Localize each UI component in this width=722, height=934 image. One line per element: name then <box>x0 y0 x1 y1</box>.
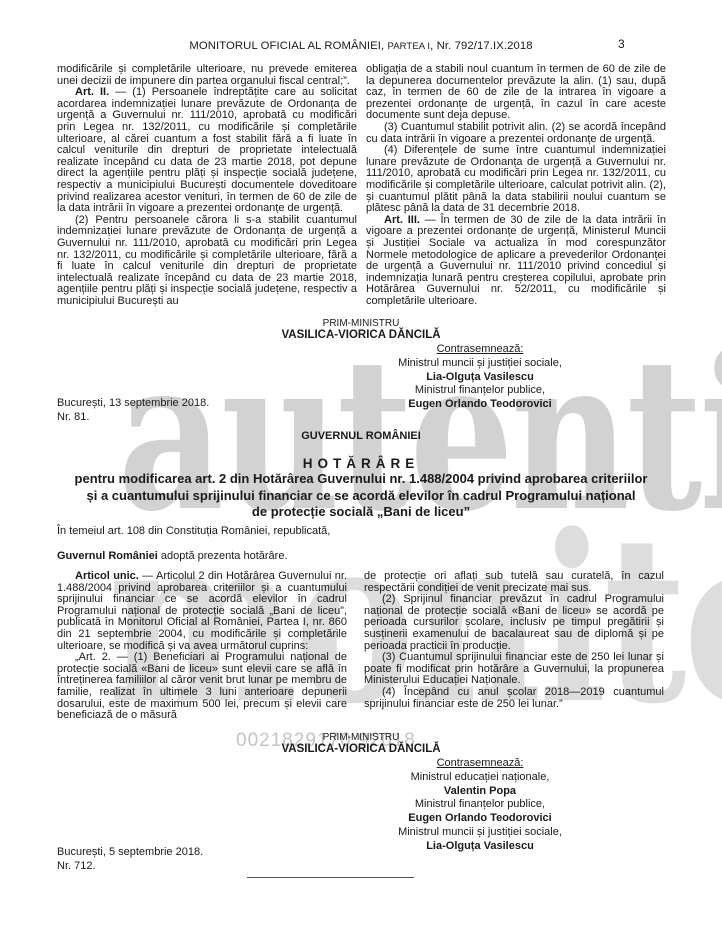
adoption-statement: Guvernul României adoptă prezenta hotărâ… <box>57 550 288 562</box>
decision-heading: GUVERNUL ROMÂNIEI HOTĂRÂRE pentru modifi… <box>0 430 722 521</box>
minister-name: Valentin Popa <box>360 785 600 799</box>
prime-minister-title: PRIM-MINISTRU <box>0 732 722 743</box>
document-type: HOTĂRÂRE <box>0 456 722 471</box>
paragraph-text: (2) Pentru persoanele cărora li s-a stab… <box>57 214 357 307</box>
minister-role: Ministrul muncii și justiției sociale, <box>360 826 600 840</box>
paragraph-text: (4) Începând cu anul școlar 2018—2019 cu… <box>364 686 664 710</box>
prime-minister-signature: PRIM-MINISTRU VASILICA-VIORICA DĂNCILĂ <box>0 318 722 341</box>
paragraph-text: obligația de a stabili noul cuantum în t… <box>366 63 666 121</box>
paragraph: (4) Începând cu anul școlar 2018—2019 cu… <box>364 687 664 710</box>
countersign-label: Contrasemnează: <box>360 757 600 771</box>
issuer: GUVERNUL ROMÂNIEI <box>0 430 722 442</box>
paragraph: (2) Sprijinul financiar prevăzut în cadr… <box>364 594 664 652</box>
paragraph-text: — Articolul 2 din Hotărârea Guvernului n… <box>57 570 347 652</box>
paragraph: (3) Cuantumul stabilit potrivit alin. (2… <box>366 122 666 145</box>
minister-role: Ministrul muncii și justiției sociale, <box>360 357 600 371</box>
end-rule-divider <box>247 877 414 878</box>
minister-role: Ministrul finanțelor publice, <box>360 384 600 398</box>
decision-left-column: Articol unic. — Articolul 2 din Hotărâre… <box>57 571 347 722</box>
paragraph-text: de protecție ori aflați sub tutelă sau c… <box>364 570 664 594</box>
place-date: București, 5 septembrie 2018. <box>57 845 203 859</box>
paragraph-text: (2) Sprijinul financiar prevăzut în cadr… <box>364 593 664 651</box>
ordinance-left-column: modificările și completările ulterioare,… <box>57 64 357 307</box>
act-number: Nr. 81. <box>57 410 209 424</box>
countersign-block-2: Contrasemnează:Ministrul educației națio… <box>360 757 600 854</box>
decision-subtitle: pentru modificarea art. 2 din Hotărârea … <box>0 471 722 521</box>
paragraph-text: — (1) Persoanele îndreptățite care au so… <box>57 86 357 214</box>
paragraph-text: (3) Cuantumul sprijinului financiar este… <box>364 651 664 686</box>
subtitle-line: și a cuantumului sprijinului financiar c… <box>0 488 722 505</box>
paragraph: Art. III. — În termen de 30 de zile de l… <box>366 215 666 308</box>
subtitle-line: de protecție socială „Bani de liceu” <box>0 504 722 521</box>
place-and-number-2: București, 5 septembrie 2018. Nr. 712. <box>57 845 203 873</box>
paragraph: (3) Cuantumul sprijinului financiar este… <box>364 652 664 687</box>
paragraph: „Art. 2. — (1) Beneficiari ai Programulu… <box>57 652 347 722</box>
paragraph-text: modificările și completările ulterioare,… <box>57 63 357 87</box>
paragraph: Articol unic. — Articolul 2 din Hotărâre… <box>57 571 347 652</box>
decision-right-column: de protecție ori aflați sub tutelă sau c… <box>364 571 664 710</box>
prime-minister-signature-2: PRIM-MINISTRU VASILICA-VIORICA DĂNCILĂ <box>0 732 722 755</box>
page-number: 3 <box>618 37 625 51</box>
ordinance-right-column: obligația de a stabili noul cuantum în t… <box>366 64 666 307</box>
paragraph: obligația de a stabili noul cuantum în t… <box>366 64 666 122</box>
paragraph-text: (3) Cuantumul stabilit potrivit alin. (2… <box>366 121 666 145</box>
paragraph: (4) Diferențele de sume între cuantumul … <box>366 145 666 215</box>
place-and-number: București, 13 septembrie 2018. Nr. 81. <box>57 396 209 424</box>
article-label: Articol unic. <box>75 570 139 582</box>
prime-minister-name: VASILICA-VIORICA DĂNCILĂ <box>0 743 722 755</box>
paragraph: modificările și completările ulterioare,… <box>57 64 357 87</box>
page-header: MONITORUL OFICIAL AL ROMÂNIEI, PARTEA I,… <box>0 40 722 52</box>
paragraph-text: — În termen de 30 de zile de la data int… <box>366 214 666 307</box>
minister-role: Ministrul educației naționale, <box>360 771 600 785</box>
minister-name: Lia-Olguța Vasilescu <box>360 840 600 854</box>
paragraph: Art. II. — (1) Persoanele îndreptățite c… <box>57 87 357 215</box>
paragraph: (2) Pentru persoanele cărora li s-a stab… <box>57 215 357 308</box>
minister-name: Eugen Orlando Teodorovici <box>360 812 600 826</box>
paragraph-text: (4) Diferențele de sume între cuantumul … <box>366 144 666 214</box>
minister-name: Eugen Orlando Teodorovici <box>360 398 600 412</box>
adoption-text: adoptă prezenta hotărâre. <box>158 550 288 562</box>
countersign-label: Contrasemnează: <box>360 343 600 357</box>
publication-part: PARTEA I <box>387 41 430 52</box>
publication-name: MONITORUL OFICIAL AL ROMÂNIEI, <box>189 40 384 52</box>
issue-number: , Nr. 792/17.IX.2018 <box>430 40 533 52</box>
minister-role: Ministrul finanțelor publice, <box>360 798 600 812</box>
subtitle-line: pentru modificarea art. 2 din Hotărârea … <box>0 471 722 488</box>
prime-minister-title: PRIM-MINISTRU <box>0 318 722 329</box>
preamble: În temeiul art. 108 din Constituția Româ… <box>57 525 330 537</box>
minister-name: Lia-Olguța Vasilescu <box>360 371 600 385</box>
prime-minister-name: VASILICA-VIORICA DĂNCILĂ <box>0 329 722 341</box>
paragraph-text: „Art. 2. — (1) Beneficiari ai Programulu… <box>57 651 347 721</box>
adoption-subject: Guvernul României <box>57 550 158 562</box>
place-date: București, 13 septembrie 2018. <box>57 396 209 410</box>
article-label: Art. II. <box>75 86 109 98</box>
act-number: Nr. 712. <box>57 859 203 873</box>
article-label: Art. III. <box>384 214 420 226</box>
countersign-block: Contrasemnează:Ministrul muncii și justi… <box>360 343 600 412</box>
paragraph: de protecție ori aflați sub tutelă sau c… <box>364 571 664 594</box>
